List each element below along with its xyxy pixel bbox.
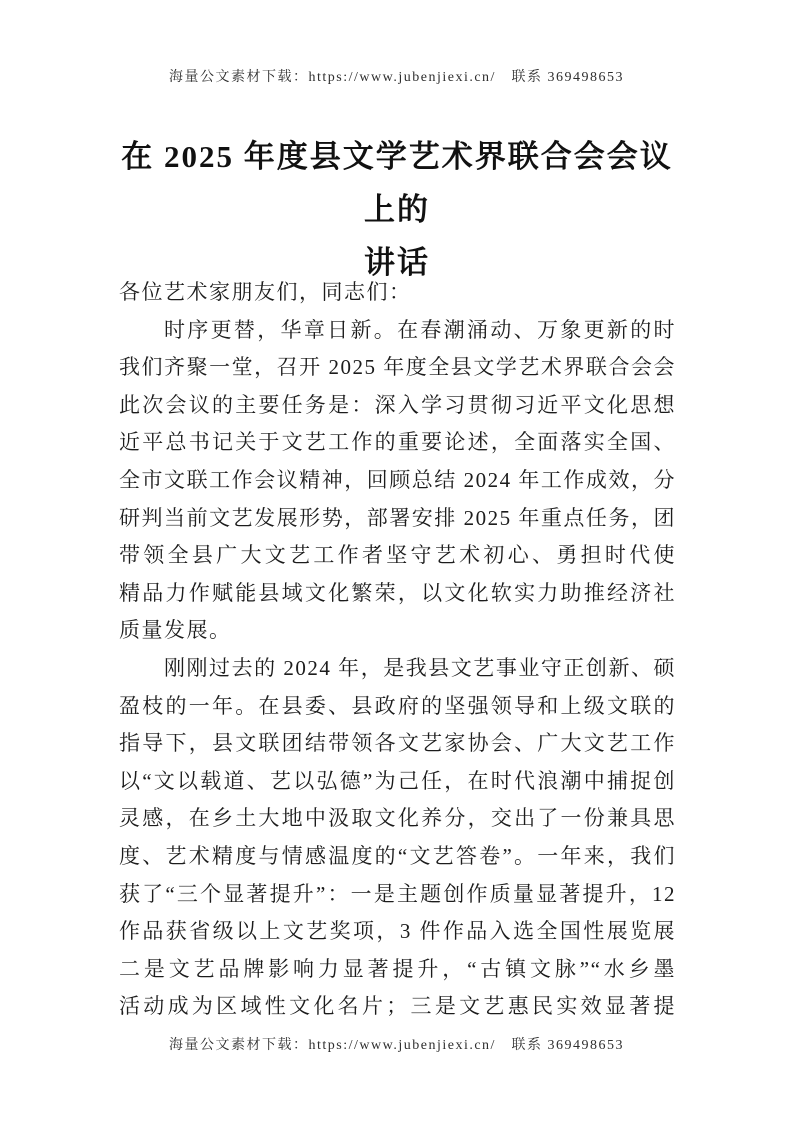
body-line: 研判当前文艺发展形势，部署安排 2025 年重点任务，团结 <box>119 500 676 538</box>
body-line: 刚刚过去的 2024 年，是我县文艺事业守正创新、硕果 <box>119 650 676 688</box>
body-line: 指导下，县文联团结带领各文艺家协会、广大文艺工作者， <box>119 725 676 763</box>
body-line: 获了“三个显著提升”：一是主题创作质量显著提升，12 件 <box>119 876 676 914</box>
footer-watermark: 海量公文素材下载：https://www.jubenjiexi.cn/ 联系 3… <box>0 1034 793 1054</box>
body-line: 带领全县广大文艺工作者坚守艺术初心、勇担时代使命，以 <box>119 537 676 575</box>
document-page: 海量公文素材下载：https://www.jubenjiexi.cn/ 联系 3… <box>0 0 793 1122</box>
body-line: 活动成为区域性文化名片；三是文艺惠民实效显著提升，开 <box>119 988 676 1026</box>
body-line: 以“文以载道、艺以弘德”为己任，在时代浪潮中捕捉创作 <box>119 763 676 801</box>
body-line: 盈枝的一年。在县委、县政府的坚强领导和上级文联的精心 <box>119 688 676 726</box>
header-watermark: 海量公文素材下载：https://www.jubenjiexi.cn/ 联系 3… <box>0 66 793 86</box>
document-body: 各位艺术家朋友们，同志们： 时序更替，华章日新。在春潮涌动、万象更新的时节， 我… <box>119 274 676 1026</box>
body-line: 精品力作赋能县域文化繁荣，以文化软实力助推经济社会高 <box>119 575 676 613</box>
body-line: 此次会议的主要任务是：深入学习贯彻习近平文化思想和习 <box>119 387 676 425</box>
body-line: 度、艺术精度与情感温度的“文艺答卷”。一年来，我们收 <box>119 838 676 876</box>
document-title: 在 2025 年度县文学艺术界联合会会议上的 讲话 <box>118 130 676 289</box>
body-line: 质量发展。 <box>119 612 676 650</box>
body-line: 全市文联工作会议精神，回顾总结 2024 年工作成效，分析 <box>119 462 676 500</box>
title-line-1: 在 2025 年度县文学艺术界联合会会议上的 <box>118 130 676 236</box>
body-line: 作品获省级以上文艺奖项，3 件作品入选全国性展览展演； <box>119 913 676 951</box>
body-line: 灵感，在乡土大地中汲取文化养分，交出了一份兼具思想厚 <box>119 800 676 838</box>
body-line-salutation: 各位艺术家朋友们，同志们： <box>119 274 676 312</box>
body-line: 我们齐聚一堂，召开 2025 年度全县文学艺术界联合会会议。 <box>119 349 676 387</box>
body-line: 近平总书记关于文艺工作的重要论述，全面落实全国、全省、 <box>119 424 676 462</box>
body-line: 二是文艺品牌影响力显著提升，“古镇文脉”“水乡墨韵”等 <box>119 951 676 989</box>
body-line: 时序更替，华章日新。在春潮涌动、万象更新的时节， <box>119 312 676 350</box>
